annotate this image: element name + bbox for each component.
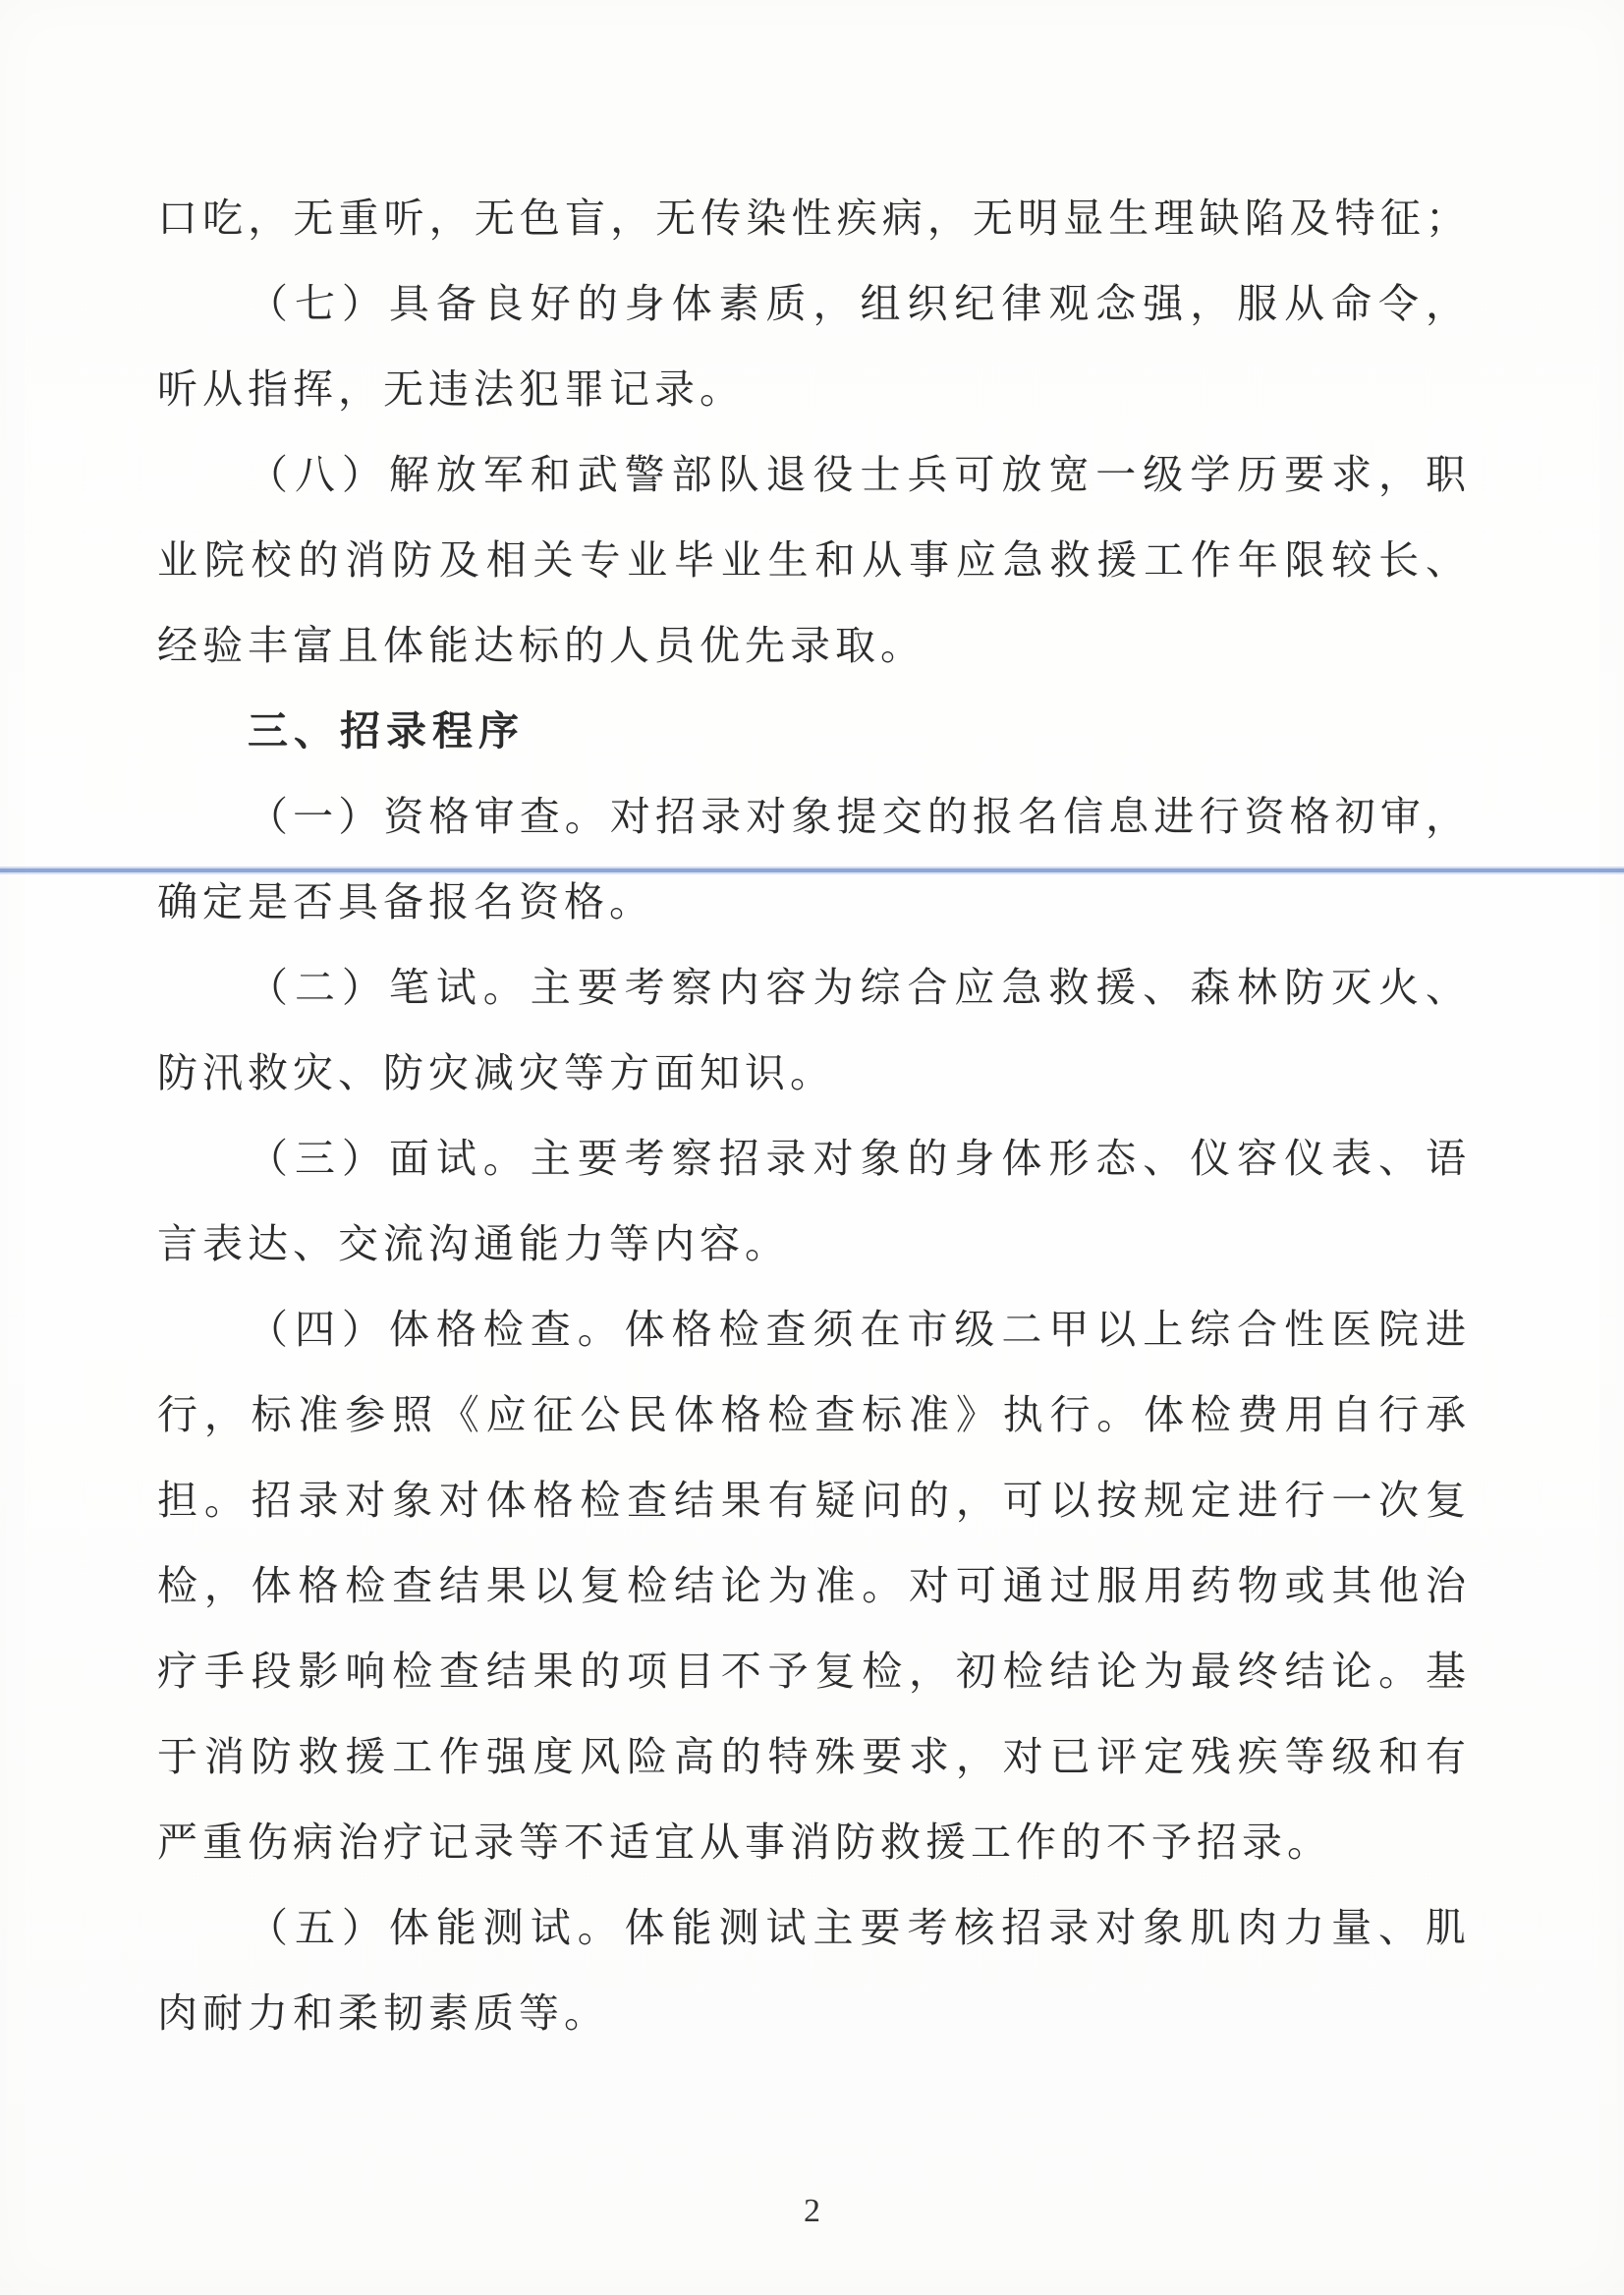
text-line: 于消防救援工作强度风险高的特殊要求，对已评定残疾等级和有	[157, 1714, 1471, 1800]
text-line: （八）解放军和武警部队退役士兵可放宽一级学历要求，职	[157, 432, 1471, 518]
text-line: （二）笔试。主要考察内容为综合应急救援、森林防灭火、	[157, 945, 1471, 1031]
page-number: 2	[0, 2193, 1624, 2230]
text-line: 行，标准参照《应征公民体格检查标准》执行。体检费用自行承	[157, 1372, 1471, 1458]
text-line: （一）资格审查。对招录对象提交的报名信息进行资格初审，	[157, 774, 1471, 860]
text-line: 经验丰富且体能达标的人员优先录取。	[157, 603, 1471, 689]
text-line: 疗手段影响检查结果的项目不予复检，初检结论为最终结论。基	[157, 1629, 1471, 1714]
scanned-document-page: 口吃，无重听，无色盲，无传染性疾病，无明显生理缺陷及特征；（七）具备良好的身体素…	[0, 0, 1624, 2295]
text-line: （四）体格检查。体格检查须在市级二甲以上综合性医院进	[157, 1287, 1471, 1372]
horizontal-blue-scan-line	[0, 868, 1624, 872]
section-heading: 三、招录程序	[157, 689, 1471, 774]
text-line: （五）体能测试。体能测试主要考核招录对象肌肉力量、肌	[157, 1885, 1471, 1971]
text-line: （七）具备良好的身体素质，组织纪律观念强，服从命令，	[157, 261, 1471, 347]
text-line: 言表达、交流沟通能力等内容。	[157, 1202, 1471, 1287]
text-line: 肉耐力和柔韧素质等。	[157, 1971, 1471, 2056]
text-line: 检，体格检查结果以复检结论为准。对可通过服用药物或其他治	[157, 1543, 1471, 1629]
text-line: 口吃，无重听，无色盲，无传染性疾病，无明显生理缺陷及特征；	[157, 176, 1471, 261]
text-line: 担。招录对象对体格检查结果有疑问的，可以按规定进行一次复	[157, 1458, 1471, 1543]
text-line: 防汛救灾、防灾减灾等方面知识。	[157, 1031, 1471, 1116]
document-body: 口吃，无重听，无色盲，无传染性疾病，无明显生理缺陷及特征；（七）具备良好的身体素…	[157, 176, 1471, 2056]
text-line: （三）面试。主要考察招录对象的身体形态、仪容仪表、语	[157, 1116, 1471, 1202]
text-line: 听从指挥，无违法犯罪记录。	[157, 347, 1471, 432]
text-line: 确定是否具备报名资格。	[157, 860, 1471, 945]
text-line: 业院校的消防及相关专业毕业生和从事应急救援工作年限较长、	[157, 518, 1471, 603]
text-line: 严重伤病治疗记录等不适宜从事消防救援工作的不予招录。	[157, 1800, 1471, 1885]
